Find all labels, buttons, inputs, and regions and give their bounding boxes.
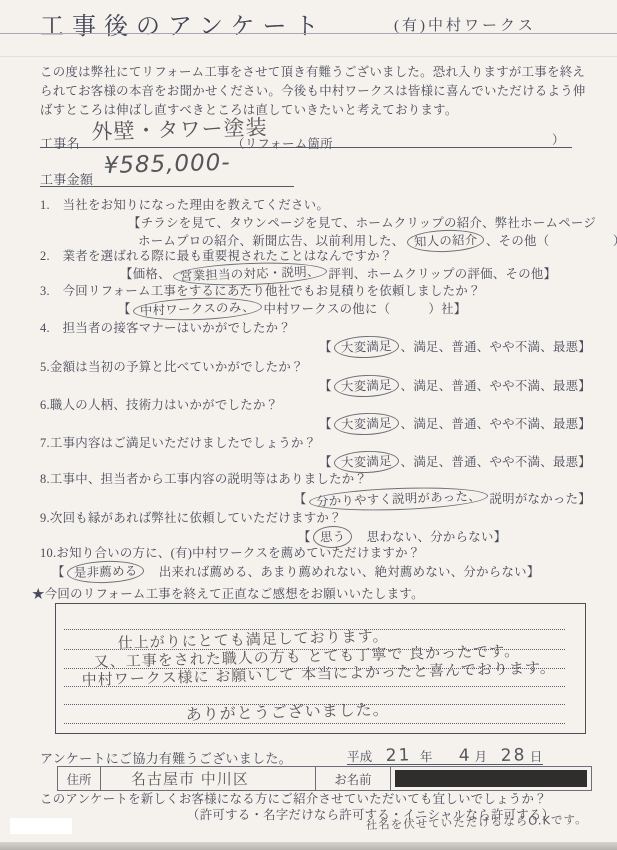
options-post: 、満足、普通、やや不満、最悪】: [401, 379, 591, 393]
question-1-text: 1. 当社をお知りになった理由を教えてください。: [40, 195, 329, 213]
selected-option-circle: 大変満足: [334, 412, 399, 436]
options-post: 出来れば薦める、あまり薦めれない、絶対薦めない、分からない】: [146, 565, 539, 579]
question-9-text: 9.次回も縁があれば弊社に依頼していただけますか？: [40, 508, 342, 526]
date-day-label: 日: [530, 750, 543, 764]
options-pre: 【: [52, 565, 65, 579]
address-table: 住所 名古屋市 中川区 お名前: [57, 766, 592, 791]
question-10-text: 10.お知り合いの方に、(有)中村ワークスを薦めていただけますか？: [40, 543, 420, 561]
selected-option-circle: 是非薦める: [66, 560, 144, 585]
name-redaction-bar: [395, 770, 587, 787]
date-month-label: 月: [475, 750, 488, 764]
question-6-answer: 【大変満足、満足、普通、やや不満、最悪】: [319, 413, 591, 435]
ruled-line: [64, 723, 565, 724]
options-post: 中村ワークスの他に（ ）社】: [264, 302, 467, 316]
question-8-answer: 【分かりやすく説明があった、説明がなかった】: [294, 488, 591, 510]
options-pre: 【: [298, 530, 311, 544]
options-pre: 【: [319, 379, 332, 393]
renovation-area-label: （リフォーム箇所: [232, 134, 333, 152]
question-7-text: 7.工事内容はご満足いただけましたでしょうか？: [40, 433, 316, 451]
company-name: (有)中村ワークス: [394, 14, 536, 35]
date-day-value: 28: [501, 748, 527, 764]
options-pre: 【: [319, 455, 332, 469]
date-month-value: 4: [458, 749, 471, 764]
question-10-options: 【是非薦める 出来れば薦める、あまり薦めれない、絶対薦めない、分からない】: [52, 561, 540, 583]
question-4-text: 4. 担当者の接客マナーはいかがでしたか？: [40, 318, 291, 336]
renovation-area-close-paren: ）: [552, 130, 565, 148]
intro-paragraph: この度は弊社にてリフォーム工事をさせて頂き有難うございました。恐れ入りますが工事…: [40, 63, 586, 120]
options-post: 、満足、普通、やや不満、最悪】: [401, 340, 591, 354]
survey-document: 工事後のアンケート (有)中村ワークス この度は弊社にてリフォーム工事をさせて頂…: [0, 0, 617, 850]
intro-line: この度は弊社にてリフォーム工事をさせて頂き有難うございました。恐れ入りますが工事…: [40, 63, 586, 82]
options-pre: 【: [319, 417, 332, 431]
name-value-cell: [391, 767, 592, 791]
options-post: 評判、ホームクリップの評価、その他】: [328, 267, 556, 281]
comment-line: ありがとうございました。: [185, 697, 390, 725]
project-name-label: 工事名: [40, 133, 80, 152]
options-pre: 【: [294, 492, 307, 506]
options-post: 、満足、普通、やや不満、最悪】: [401, 417, 591, 431]
project-name-underline: [40, 147, 572, 148]
scanner-edge-bar: [0, 842, 617, 850]
question-4-answer: 【大変満足、満足、普通、やや不満、最悪】: [319, 336, 591, 358]
question-6-text: 6.職人の人柄、技術力はいかがでしたか？: [40, 395, 278, 413]
question-3-text: 3. 今回リフォーム工事をするにあたり他社でもお見積りを依頼しましたか？: [40, 281, 481, 299]
question-5-text: 5.金額は当初の予算と比べていかがでしたか？: [40, 357, 304, 375]
title-rule: [0, 33, 617, 34]
address-value-cell: 名古屋市 中川区: [101, 767, 316, 791]
page-title: 工事後のアンケート: [40, 6, 327, 41]
options-post: 、満足、普通、やや不満、最悪】: [401, 455, 591, 469]
impressions-prompt: ★今回のリフォーム工事を終えて正直なご感想をお願いいたします。: [32, 584, 424, 602]
question-1-options-line1: 【チラシを見て、タウンページを見て、ホームクリップの紹介、弊社ホームページ: [128, 213, 596, 231]
name-label: お名前: [316, 767, 391, 791]
selected-option-circle: 大変満足: [334, 335, 399, 359]
survey-date: 平成 21 年 4 月 28 日: [347, 744, 543, 765]
question-8-text: 8.工事中、担当者から工事内容の説明等はありましたか？: [40, 469, 367, 487]
selected-option-circle: 大変満足: [334, 374, 399, 398]
selected-option-circle: 知人の紹介: [406, 229, 484, 254]
question-5-answer: 【大変満足、満足、普通、やや不満、最悪】: [319, 375, 591, 397]
address-label: 住所: [58, 767, 101, 791]
question-2-text: 2. 業者を選ばれる際に最も重要視されたことはなんですか？: [40, 246, 393, 264]
white-patch: [10, 818, 72, 834]
amount-value: ¥585,000-: [103, 150, 231, 179]
question-3-options: 【中村ワークスのみ、中村ワークスの他に（ ）社】: [118, 298, 466, 320]
options-pre: 【価格、: [120, 267, 171, 281]
options-post: 説明がなかった】: [489, 492, 591, 506]
date-year-label: 年: [420, 750, 433, 764]
address-value: 名古屋市 中川区: [131, 770, 249, 788]
options-pre: 【: [118, 302, 131, 316]
amount-underline: [40, 186, 294, 187]
faint-rule: [0, 56, 617, 57]
intro-line: られてお客様の本音をお聞かせください。今後も中村ワークスは皆様に喜んでいただける…: [40, 82, 586, 101]
options-pre: 【: [319, 340, 332, 354]
date-year-value: 21: [386, 748, 412, 764]
comments-box: 仕上がりにとても満足しております。 又、工事をされた職人の方も とても丁寧で 良…: [55, 603, 586, 734]
options-post: 思わない、分からない】: [354, 530, 506, 544]
survey-thanks: アンケートにご協力有難うございました。: [40, 748, 292, 767]
date-era: 平成: [347, 750, 372, 764]
options-post: 、その他（ ）】: [486, 234, 617, 248]
